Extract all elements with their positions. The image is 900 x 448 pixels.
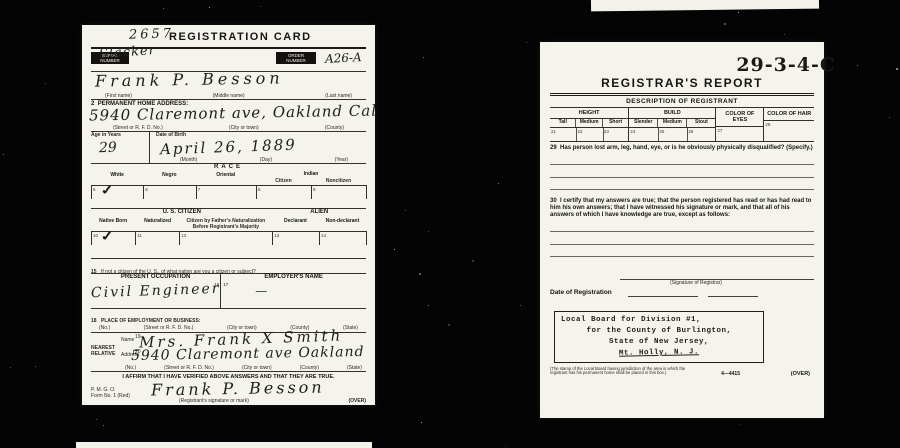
registrars-report-footer: (The stamp of the Local Board having jur… <box>550 365 814 381</box>
race-columns: White Negro Oriental Indian Citizen Nonc… <box>91 172 366 185</box>
film-noise-speck <box>526 42 527 43</box>
place-no-label: (No.) <box>99 325 110 331</box>
employment-place-number: 18 <box>91 318 97 324</box>
film-noise-speck <box>209 7 210 8</box>
film-background: 2657 REGISTRATION CARD SERIAL NUMBER Sla… <box>0 0 900 448</box>
film-noise-speck <box>163 8 164 9</box>
negro-label: Negro <box>143 172 195 180</box>
citizenship-section: U. S. CITIZEN ALIEN Native Born Naturali… <box>91 209 366 259</box>
age-label: Age in Years <box>91 132 149 138</box>
order-number-handwriting: A26-A <box>325 50 362 66</box>
race-cell-6: 6 <box>143 185 196 199</box>
report-over-label: (OVER) <box>791 371 810 377</box>
nearest-relative-label: NEAREST RELATIVE <box>91 333 121 371</box>
desc-cell-27: 27 <box>716 127 764 140</box>
film-noise-speck <box>896 68 898 70</box>
next-frame-edge <box>76 442 372 448</box>
order-number-label: ORDER NUMBER <box>276 52 316 64</box>
oriental-label: Oriental <box>196 172 257 180</box>
eyes-group: COLOR OF EYES 27 <box>716 108 764 141</box>
tall-label: Tall <box>550 119 576 127</box>
non-declarant-label: Non-declarant <box>319 218 366 231</box>
home-address-handwriting: 5940 Claremont ave, Oakland Cal <box>89 101 377 124</box>
desc-cell-25: 25 <box>658 128 688 141</box>
q30-blank-line <box>550 232 814 245</box>
race-cell-8: 8 <box>256 185 312 199</box>
name-sublabels: (First name) (Middle name) (Last name) <box>91 93 366 99</box>
board-stamp-line-1: Local Board for Division #1, <box>561 315 757 326</box>
employer-number: 17 <box>223 282 228 287</box>
registration-card-title: REGISTRATION CARD <box>169 31 312 43</box>
height-header: HEIGHT <box>550 108 628 119</box>
date-of-registration-row: Date of Registration <box>550 285 814 299</box>
race-cell-9: 9 <box>311 185 367 199</box>
build-header: BUILD <box>629 108 715 119</box>
home-address-sublabels: (Street or R. F. D. No.) (City or town) … <box>91 125 366 131</box>
registrars-report-title: REGISTRAR'S REPORT <box>550 76 814 96</box>
relative-address-handwriting: 5940 Claremont ave Oakland <box>131 344 365 364</box>
rel-county-label: (County) <box>300 365 319 371</box>
rel-state-label: (State) <box>347 365 362 371</box>
middle-name-label: (Middle name) <box>213 93 245 99</box>
desc-cell-21: 21 <box>550 128 577 141</box>
q29-blank-line <box>550 152 814 165</box>
film-noise-speck <box>520 305 521 306</box>
q29-text: 29 Has person lost arm, leg, hand, eye, … <box>550 145 814 152</box>
q29-blank-line <box>550 178 814 190</box>
name-row: Frank P. Besson (First name) (Middle nam… <box>91 72 366 100</box>
us-citizen-header: U. S. CITIZEN <box>91 209 273 218</box>
month-label: (Month) <box>180 157 197 163</box>
race-cell-7: 7 <box>196 185 257 199</box>
local-board-stamp: Local Board for Division #1, for the Cou… <box>554 311 764 363</box>
date-blank-line <box>708 296 758 297</box>
relative-name-label: Name <box>121 337 134 343</box>
rel-no-label: (No.) <box>125 365 136 371</box>
citizen-cell-14: 14 <box>319 231 367 245</box>
birth-sublabels: (Month) (Day) (Year) <box>150 157 366 163</box>
city-label: (City or town) <box>229 125 259 131</box>
slender-label: Slender <box>629 119 658 127</box>
serial-number-handwriting: Slacker <box>99 43 157 62</box>
indian-citizen-label: Citizen <box>256 178 311 186</box>
citizenship-answer-cells: 10 ✓ 11 12 13 14 <box>91 231 366 245</box>
registrant-name-handwriting: Frank P. Besson <box>95 68 284 90</box>
stamp-instruction-note: (The stamp of the Local Board having jur… <box>550 367 700 377</box>
employment-place-label: PLACE OF EMPLOYMENT OR BUSINESS: <box>101 318 200 324</box>
place-state-label: (State) <box>343 325 358 331</box>
age-birth-row: Age in Years 29 Date of Birth April 26, … <box>91 132 366 164</box>
relative-address-sublabels: (No.) (Street or R. F. D. No.) (City or … <box>121 365 366 371</box>
film-noise-speck <box>738 12 739 13</box>
film-noise-speck <box>472 260 474 262</box>
height-group: HEIGHT Tall Medium Short 21 22 23 <box>550 108 629 141</box>
first-name-label: (First name) <box>105 93 132 99</box>
nearest-relative-row: NEAREST RELATIVE Name 19 Mrs. Frank X Sm… <box>91 333 366 372</box>
citizenship-headers: U. S. CITIZEN ALIEN <box>91 209 366 218</box>
race-col-oriental: Oriental <box>196 172 257 185</box>
occupation-handwriting: Civil Engineer <box>91 281 221 302</box>
film-noise-speck <box>96 419 97 420</box>
indian-noncitizen-label: Noncitizen <box>311 178 366 186</box>
rel-street-label: (Street or R. F. D. No.) <box>164 365 214 371</box>
employer-handwriting: — <box>255 284 267 298</box>
hair-header: COLOR OF HAIR <box>764 108 814 120</box>
father-naturalization-label: Citizen by Father's Naturalization Befor… <box>180 218 272 231</box>
film-noise-speck <box>421 422 422 423</box>
last-name-label: (Last name) <box>325 93 352 99</box>
year-label: (Year) <box>335 157 348 163</box>
age-column: Age in Years 29 <box>91 132 150 163</box>
description-subtitle: DESCRIPTION OF REGISTRANT <box>550 96 814 108</box>
film-noise-speck <box>10 367 11 368</box>
registrar-signature-row: (Signature of Registrar) <box>550 271 814 285</box>
short-label: Short <box>603 119 628 127</box>
print-code: 4—4415 <box>721 371 740 377</box>
day-label: (Day) <box>260 157 272 163</box>
q30-blank-line <box>550 245 814 257</box>
film-noise-speck <box>419 273 421 275</box>
board-stamp-line-4: Mt. Holly, N. J. <box>561 346 757 360</box>
white-checkmark: ✓ <box>99 181 115 199</box>
board-stamp-line-2: for the County of Burlington, <box>561 326 757 337</box>
race-header: RACE <box>91 164 366 172</box>
film-noise-speck <box>35 366 36 367</box>
form-code: P. M. G. O. Form No. 1 (Red) <box>91 387 130 399</box>
film-noise-speck <box>45 83 46 84</box>
film-noise-speck <box>448 324 450 326</box>
desc-cell-28: 28 <box>764 121 815 134</box>
film-noise-speck <box>889 117 890 118</box>
citizenship-labels: Native Born Naturalized Citizen by Fathe… <box>91 218 366 231</box>
desc-cell-23: 23 <box>603 128 629 141</box>
stout-label: Stout <box>687 119 715 127</box>
citizen-cell-12: 12 <box>179 231 273 245</box>
citizen-cell-11: 11 <box>135 231 180 245</box>
registration-over-label: (OVER) <box>349 398 367 404</box>
citizen-cell-10: 10 ✓ <box>91 231 136 245</box>
race-answer-cells: 5 ✓ 6 7 8 9 <box>91 185 366 199</box>
build-group: BUILD Slender Medium Stout 24 25 26 <box>629 108 716 141</box>
file-number-stamp: 29-3-4-C <box>736 54 836 76</box>
native-born-checkmark: ✓ <box>99 227 115 245</box>
film-noise-speck <box>857 65 858 66</box>
eyes-header: COLOR OF EYES <box>716 108 763 126</box>
date-blank-line <box>628 296 698 297</box>
age-handwriting: 29 <box>99 140 117 157</box>
previous-frame-edge <box>591 0 819 11</box>
registrant-signature-handwriting: Frank P. Besson <box>151 377 325 399</box>
film-noise-speck <box>505 446 506 447</box>
county-label: (County) <box>325 125 344 131</box>
naturalized-label: Naturalized <box>135 218 179 231</box>
registrant-signature-label: (Registrant's signature or mark) <box>179 398 249 404</box>
q30-text: 30 I certify that my answers are true; t… <box>550 198 814 219</box>
film-noise-speck <box>423 57 424 58</box>
film-noise-speck <box>405 210 406 211</box>
occupation-column: PRESENT OCCUPATION 16 Civil Engineer <box>91 274 221 308</box>
occupation-employer-row: PRESENT OCCUPATION 16 Civil Engineer EMP… <box>91 274 366 309</box>
q29-blank-line <box>550 165 814 178</box>
race-section: RACE White Negro Oriental Indian Citizen… <box>91 164 366 209</box>
film-noise-speck <box>498 183 499 184</box>
employer-header: EMPLOYER'S NAME <box>221 274 366 281</box>
q15-row: 15 If not a citizen of the U. S., of wha… <box>91 259 366 274</box>
q30-blank-line <box>550 219 814 232</box>
handwritten-card-number: 2657 <box>129 26 175 43</box>
nearest-relative-fields: Name 19 Mrs. Frank X Smith Address 20 59… <box>121 333 366 371</box>
medium-height-label: Medium <box>576 119 602 127</box>
birth-column: Date of Birth April 26, 1889 (Month) (Da… <box>150 132 366 163</box>
date-of-registration-label: Date of Registration <box>550 289 612 296</box>
home-address-row: 2 PERMANENT HOME ADDRESS: 5940 Claremont… <box>91 100 366 132</box>
medium-build-label: Medium <box>658 119 687 127</box>
occupation-header: PRESENT OCCUPATION <box>91 274 220 281</box>
registrars-report: 29-3-4-C REGISTRAR'S REPORT DESCRIPTION … <box>540 42 824 418</box>
citizen-cell-13: 13 <box>272 231 320 245</box>
rel-city-label: (City or town) <box>242 365 272 371</box>
film-noise-speck <box>784 34 785 35</box>
white-label: White <box>91 172 143 180</box>
registration-card: 2657 REGISTRATION CARD SERIAL NUMBER Sla… <box>82 25 375 405</box>
place-street-label: (Street or R. F. D. No.) <box>144 325 194 331</box>
film-noise-speck <box>103 425 104 426</box>
desc-cell-24: 24 <box>629 128 659 141</box>
film-noise-speck <box>3 154 4 155</box>
employer-column: EMPLOYER'S NAME 17 — <box>221 274 366 308</box>
registration-card-footer: P. M. G. O. Form No. 1 (Red) Frank P. Be… <box>91 383 366 405</box>
desc-cell-22: 22 <box>576 128 603 141</box>
description-table: HEIGHT Tall Medium Short 21 22 23 BUILD … <box>550 108 814 142</box>
film-noise-speck <box>724 23 726 25</box>
film-noise-speck <box>428 231 429 232</box>
alien-header: ALIEN <box>273 209 367 218</box>
race-col-indian: Indian Citizen Noncitizen <box>256 172 366 185</box>
film-noise-speck <box>428 305 429 306</box>
birth-handwriting: April 26, 1889 <box>160 136 297 159</box>
film-noise-speck <box>740 424 741 425</box>
race-col-negro: Negro <box>143 172 195 185</box>
race-cell-5: 5 ✓ <box>91 185 144 199</box>
film-noise-speck <box>260 6 261 7</box>
declarant-label: Declarant <box>272 218 319 231</box>
desc-cell-26: 26 <box>687 128 716 141</box>
hair-group: COLOR OF HAIR 28 <box>764 108 814 141</box>
street-label: (Street or R. F. D. No.) <box>113 125 163 131</box>
film-noise-speck <box>394 249 395 250</box>
